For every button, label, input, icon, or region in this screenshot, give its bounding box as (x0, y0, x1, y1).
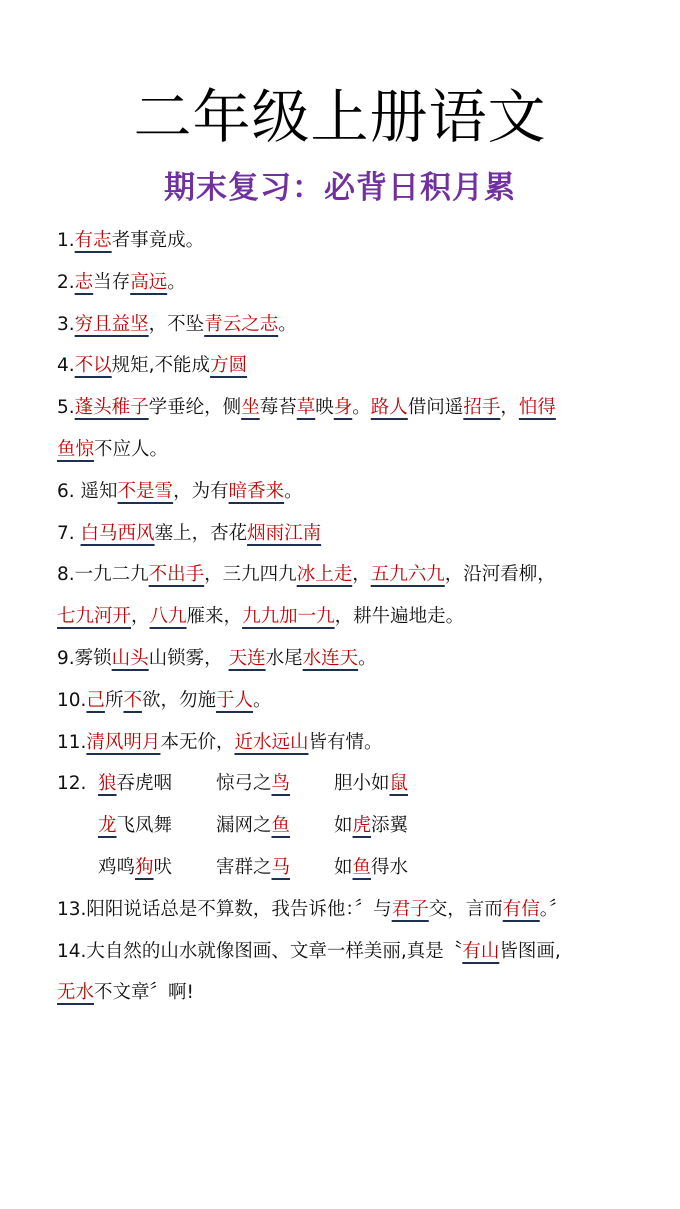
text-segment: 。 (253, 690, 272, 711)
highlighted-phrase: 不是雪 (118, 481, 174, 502)
text-segment: 飞凤舞 (117, 815, 173, 836)
highlighted-phrase: 身 (334, 397, 353, 418)
highlighted-phrase: 方圆 (210, 355, 247, 376)
text-line: 无水不文章〞啊! (57, 972, 637, 1014)
item-number (57, 805, 98, 847)
highlighted-phrase: 鼠 (390, 773, 409, 794)
highlighted-phrase: 怕得 (519, 397, 556, 418)
highlighted-phrase: 不以 (75, 355, 112, 376)
highlighted-phrase: 近水远山 (234, 732, 308, 753)
highlighted-phrase: 招手 (463, 397, 500, 418)
items-13-14: 13.阳阳说话总是不算数，我告诉他：〞与君子交，言而有信。〞14.大自然的山水就… (57, 889, 637, 1014)
text-segment: 吞虎咽 (117, 773, 173, 794)
highlighted-phrase: 君子 (392, 899, 429, 920)
text-segment: 欲，勿施 (142, 690, 216, 711)
text-segment: ， (131, 606, 150, 627)
text-segment: 所 (105, 690, 124, 711)
highlighted-phrase: 五九六九 (371, 564, 445, 585)
text-segment: 不文章〞啊! (94, 982, 194, 1003)
text-line: 6. 遥知不是雪，为有暗香来。 (57, 471, 637, 513)
highlighted-phrase: 虎 (353, 815, 372, 836)
highlighted-phrase: 冰上走 (297, 564, 353, 585)
highlighted-phrase: 穷且益坚 (75, 314, 149, 335)
highlighted-phrase: 不 (123, 690, 142, 711)
idiom: 龙飞凤舞 (98, 805, 216, 847)
highlighted-phrase: 九九加一九 (242, 606, 335, 627)
highlighted-phrase: 鸟 (272, 773, 291, 794)
item-number (57, 847, 98, 889)
text-segment: 2. (57, 272, 75, 293)
text-line: 14.大自然的山水就像图画、文章一样美丽,真是〝有山皆图画, (57, 931, 637, 973)
highlighted-phrase: 天连 (229, 648, 266, 669)
highlighted-phrase: 清风明月 (86, 732, 160, 753)
highlighted-phrase: 高远 (130, 272, 167, 293)
highlighted-phrase: 有志 (75, 230, 112, 251)
text-segment: ， (352, 564, 371, 585)
text-segment: ，为有 (173, 481, 229, 502)
text-line: 3.穷且益坚，不坠青云之志。 (57, 304, 637, 346)
page-subtitle: 期末复习：必背日积月累 (0, 168, 680, 208)
text-segment: 学垂纶，侧 (149, 397, 242, 418)
text-segment: 1. (57, 230, 75, 251)
highlighted-phrase: 坐 (241, 397, 260, 418)
highlighted-phrase: 烟雨江南 (247, 523, 321, 544)
text-segment: 。 (167, 272, 186, 293)
text-segment: ，沿河看柳， (445, 564, 556, 585)
highlighted-phrase: 不出手 (149, 564, 205, 585)
text-segment: 。 (278, 314, 297, 335)
text-segment: 5. (57, 397, 75, 418)
text-segment: 如 (334, 815, 353, 836)
highlighted-phrase: 龙 (98, 815, 117, 836)
text-segment: 交，言而 (429, 899, 503, 920)
text-segment: 惊弓之 (216, 773, 272, 794)
highlighted-phrase: 青云之志 (204, 314, 278, 335)
idiom-row: 12. 狼吞虎咽惊弓之鸟胆小如鼠 (57, 763, 637, 805)
highlighted-phrase: 七九河开 (57, 606, 131, 627)
text-segment: 本无价， (160, 732, 234, 753)
text-line: 鱼惊不应人。 (57, 429, 637, 471)
text-line: 5.蓬头稚子学垂纶，侧坐莓苔草映身。路人借问遥招手，怕得 (57, 387, 637, 429)
item-12-idioms: 12. 狼吞虎咽惊弓之鸟胆小如鼠龙飞凤舞漏网之鱼如虎添翼鸡鸣狗吠害群之马如鱼得水 (57, 763, 637, 888)
text-segment: 13.阳阳说话总是不算数，我告诉他：〞与 (57, 899, 392, 920)
text-segment: 鸡鸣 (98, 857, 135, 878)
text-segment: 害群之 (216, 857, 272, 878)
highlighted-phrase: 白马西风 (81, 523, 155, 544)
text-segment: 4. (57, 355, 75, 376)
highlighted-phrase: 无水 (57, 982, 94, 1003)
text-segment: 皆有情。 (308, 732, 382, 753)
text-line: 1.有志者事竟成。 (57, 220, 637, 262)
highlighted-phrase: 有信 (503, 899, 540, 920)
text-segment: 水尾 (266, 648, 303, 669)
text-segment: 。 (358, 648, 377, 669)
idiom: 胆小如鼠 (334, 763, 454, 805)
text-segment: 塞上，杏花 (155, 523, 248, 544)
text-segment: 10. (57, 690, 86, 711)
idiom: 鸡鸣狗吠 (98, 847, 216, 889)
highlighted-phrase: 马 (272, 857, 291, 878)
highlighted-phrase: 草 (297, 397, 316, 418)
highlighted-phrase: 于人 (216, 690, 253, 711)
text-segment: 。〞 (540, 899, 568, 920)
recitation-list: 1.有志者事竟成。2.志当存高远。3.穷且益坚，不坠青云之志。4.不以规矩,不能… (57, 220, 637, 1014)
text-segment: 皆图画, (499, 941, 560, 962)
text-segment: 7. (57, 523, 81, 544)
text-segment: 。 (284, 481, 303, 502)
text-segment: 胆小如 (334, 773, 390, 794)
highlighted-phrase: 暗香来 (229, 481, 285, 502)
text-line: 七九河开，八九雁来，九九加一九，耕牛遍地走。 (57, 596, 637, 638)
text-segment: ，耕牛遍地走。 (335, 606, 465, 627)
idiom: 害群之马 (216, 847, 334, 889)
text-line: 10.己所不欲，勿施于人。 (57, 680, 637, 722)
highlighted-phrase: 路人 (371, 397, 408, 418)
text-segment: 。 (352, 397, 371, 418)
text-segment: 莓苔 (260, 397, 297, 418)
text-line: 11.清风明月本无价，近水远山皆有情。 (57, 722, 637, 764)
item-number: 12. (57, 763, 98, 805)
highlighted-phrase: 鱼 (353, 857, 372, 878)
idiom-row: 鸡鸣狗吠害群之马如鱼得水 (57, 847, 637, 889)
text-segment: 11. (57, 732, 86, 753)
text-segment: 吠 (154, 857, 173, 878)
items-1-11: 1.有志者事竟成。2.志当存高远。3.穷且益坚，不坠青云之志。4.不以规矩,不能… (57, 220, 637, 763)
text-line: 13.阳阳说话总是不算数，我告诉他：〞与君子交，言而有信。〞 (57, 889, 637, 931)
text-segment: 山锁雾， (149, 648, 229, 669)
idiom: 漏网之鱼 (216, 805, 334, 847)
text-line: 8.一九二九不出手，三九四九冰上走，五九六九，沿河看柳， (57, 554, 637, 596)
text-segment: 借问遥 (408, 397, 464, 418)
text-segment: 14.大自然的山水就像图画、文章一样美丽,真是〝 (57, 941, 462, 962)
text-segment: 如 (334, 857, 353, 878)
text-segment: 添翼 (371, 815, 408, 836)
highlighted-phrase: 狗 (135, 857, 154, 878)
text-line: 9.雾锁山头山锁雾， 天连水尾水连天。 (57, 638, 637, 680)
highlighted-phrase: 鱼 (272, 815, 291, 836)
text-segment: 得水 (371, 857, 408, 878)
highlighted-phrase: 有山 (462, 941, 499, 962)
text-segment: ，不坠 (149, 314, 205, 335)
text-segment: 当存 (93, 272, 130, 293)
text-line: 4.不以规矩,不能成方圆 (57, 345, 637, 387)
text-line: 2.志当存高远。 (57, 262, 637, 304)
text-segment: 9.雾锁 (57, 648, 112, 669)
text-segment: 映 (315, 397, 334, 418)
page-title: 二年级上册语文 (0, 82, 680, 152)
idiom: 狼吞虎咽 (98, 763, 216, 805)
highlighted-phrase: 蓬头稚子 (75, 397, 149, 418)
text-segment: 漏网之 (216, 815, 272, 836)
text-segment: 8.一九二九 (57, 564, 149, 585)
highlighted-phrase: 山头 (112, 648, 149, 669)
highlighted-phrase: 狼 (98, 773, 117, 794)
text-line: 7. 白马西风塞上，杏花烟雨江南 (57, 513, 637, 555)
idiom: 惊弓之鸟 (216, 763, 334, 805)
text-segment: 3. (57, 314, 75, 335)
text-segment: ， (500, 397, 519, 418)
highlighted-phrase: 志 (75, 272, 94, 293)
highlighted-phrase: 水连天 (303, 648, 359, 669)
text-segment: 不应人。 (94, 439, 168, 460)
highlighted-phrase: 己 (86, 690, 105, 711)
idiom: 如虎添翼 (334, 805, 454, 847)
idiom: 如鱼得水 (334, 847, 454, 889)
text-segment: ，三九四九 (204, 564, 297, 585)
highlighted-phrase: 鱼惊 (57, 439, 94, 460)
highlighted-phrase: 八九 (150, 606, 187, 627)
text-segment: 雁来， (187, 606, 243, 627)
idiom-row: 龙飞凤舞漏网之鱼如虎添翼 (57, 805, 637, 847)
text-segment: 者事竟成。 (112, 230, 205, 251)
text-segment: 规矩,不能成 (112, 355, 210, 376)
text-segment: 6. 遥知 (57, 481, 118, 502)
